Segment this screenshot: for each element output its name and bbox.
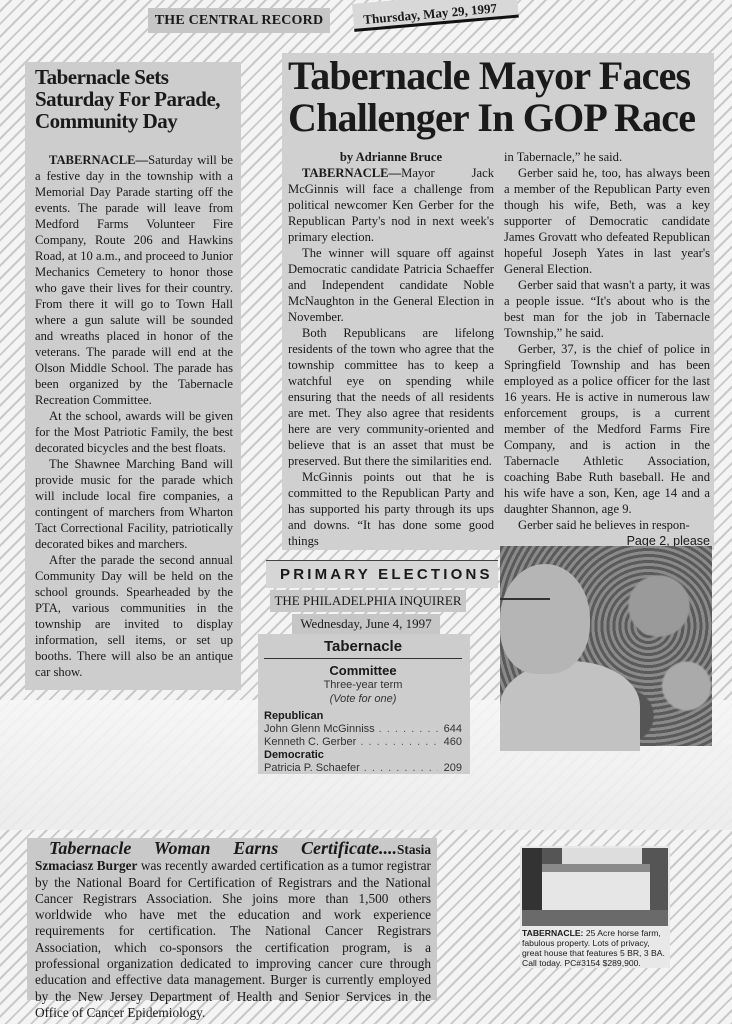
article-paragraph: McGinnis points out that he is committed… bbox=[288, 469, 494, 549]
certificate-headline: Tabernacle Woman Earns Certificate.... bbox=[49, 838, 397, 858]
byline: by Adrianne Bruce bbox=[288, 149, 494, 165]
primary-elections-title: PRIMARY ELECTIONS bbox=[280, 566, 493, 583]
parade-kicker: TABERNACLE— bbox=[49, 153, 148, 167]
mayor-article: Tabernacle Mayor FacesChallenger In GOP … bbox=[282, 53, 714, 550]
parade-headline: Tabernacle Sets Saturday For Parade, Com… bbox=[35, 66, 233, 132]
candidate-row: Patricia P. Schaefer209 bbox=[264, 762, 462, 775]
photo-head bbox=[500, 564, 590, 674]
candidate-photo bbox=[500, 546, 712, 746]
certificate-body: Tabernacle Woman Earns Certificate....St… bbox=[35, 840, 431, 1021]
house-photo bbox=[522, 848, 668, 926]
candidate-row: Kenneth C. Gerber460 bbox=[264, 736, 462, 749]
results-office: Committee bbox=[264, 663, 462, 679]
article-column-2: in Tabernacle,” he said. Gerber said he,… bbox=[504, 149, 710, 549]
party-democratic: Democratic bbox=[264, 749, 462, 762]
parade-paragraph: After the parade the second annual Commu… bbox=[35, 552, 233, 680]
results-term: Three-year term bbox=[264, 679, 462, 692]
dateline-text: Thursday, May 29, 1997 bbox=[363, 0, 498, 27]
election-results-box: Tabernacle Committee Three-year term (Vo… bbox=[258, 634, 470, 774]
results-vote-note: (Vote for one) bbox=[264, 692, 462, 706]
article-kicker: TABERNACLE— bbox=[302, 166, 401, 180]
parade-paragraph: At the school, awards will be given for … bbox=[35, 408, 233, 456]
photo-glasses bbox=[500, 598, 550, 600]
article-paragraph: The winner will square off against Democ… bbox=[288, 245, 494, 325]
results-town: Tabernacle bbox=[264, 636, 462, 659]
inquirer-source: THE PHILADELPHIA INQUIRER bbox=[270, 590, 466, 612]
article-paragraph: Gerber said he, too, has always been a m… bbox=[504, 165, 710, 277]
real-estate-ad: TABERNACLE: 25 Acre horse farm, fabulous… bbox=[520, 846, 670, 968]
article-paragraph: Gerber, 37, is the chief of police in Sp… bbox=[504, 341, 710, 517]
photo-shoulder bbox=[500, 661, 640, 751]
primary-elections-banner: PRIMARY ELECTIONS bbox=[266, 560, 498, 588]
parade-paragraph: TABERNACLE—Saturday will be a festive da… bbox=[35, 152, 233, 408]
parade-paragraph: The Shawnee Marching Band will provide m… bbox=[35, 456, 233, 552]
parade-body: TABERNACLE—Saturday will be a festive da… bbox=[35, 152, 233, 680]
party-republican: Republican bbox=[264, 710, 462, 723]
parade-article: Tabernacle Sets Saturday For Parade, Com… bbox=[25, 62, 241, 690]
results-date: Wednesday, June 4, 1997 bbox=[292, 614, 440, 634]
candidate-row: John Glenn McGinniss644 bbox=[264, 723, 462, 736]
article-continuation: in Tabernacle,” he said. bbox=[504, 149, 710, 165]
newspaper-masthead: THE CENTRAL RECORD bbox=[148, 8, 330, 33]
ad-caption: TABERNACLE: 25 Acre horse farm, fabulous… bbox=[522, 928, 668, 968]
dateline-clipping: Thursday, May 29, 1997 bbox=[352, 0, 519, 32]
mayor-headline: Tabernacle Mayor FacesChallenger In GOP … bbox=[288, 55, 710, 139]
article-paragraph: Gerber said that wasn't a party, it was … bbox=[504, 277, 710, 341]
article-column-1: by Adrianne Bruce TABERNACLE—Mayor Jack … bbox=[288, 149, 494, 549]
article-paragraph: Gerber said he believes in respon- bbox=[504, 517, 710, 533]
article-paragraph: Both Republicans are lifelong residents … bbox=[288, 325, 494, 469]
article-columns: by Adrianne Bruce TABERNACLE—Mayor Jack … bbox=[288, 149, 710, 549]
article-paragraph: TABERNACLE—Mayor Jack McGinnis will face… bbox=[288, 165, 494, 245]
certificate-article: Tabernacle Woman Earns Certificate....St… bbox=[27, 838, 437, 1000]
masthead-text: THE CENTRAL RECORD bbox=[155, 13, 324, 29]
